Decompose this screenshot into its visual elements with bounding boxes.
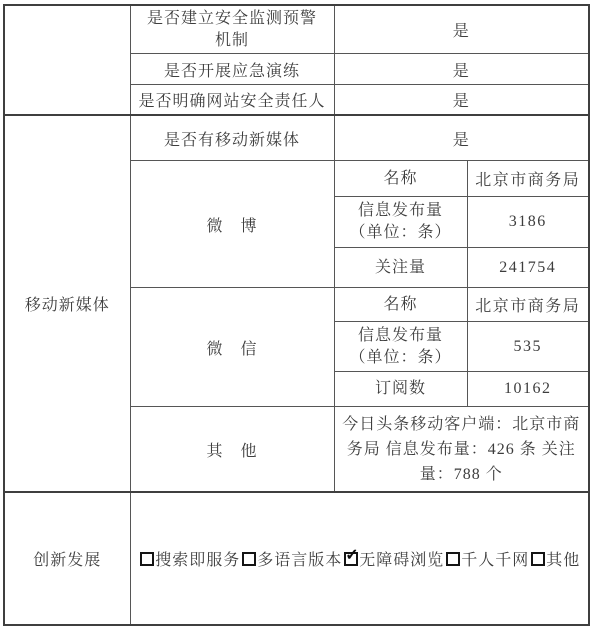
checkbox-accessibility[interactable]: ✓ (344, 552, 358, 566)
weibo-group-label: 微 博 (130, 161, 334, 288)
checkbox-label-multilingual: 多语言版本 (257, 547, 342, 570)
other-media-value: 今日头条移动客户端：北京市商务局 信息发布量：426 条 关注量：788 个 (334, 407, 589, 493)
label-line: （单位：条） (335, 222, 467, 244)
wechat-subscribers-label: 订阅数 (334, 372, 467, 407)
checkbox-personalization[interactable] (446, 552, 460, 566)
weibo-followers-label: 关注量 (334, 248, 467, 288)
checkbox-multilingual[interactable] (242, 552, 256, 566)
label-line: 订阅数 (335, 378, 467, 400)
weibo-name-label: 名称 (334, 161, 467, 197)
label-line: （单位：条） (335, 347, 467, 369)
security-row-label: 是否明确网站安全责任人 (130, 85, 334, 116)
weibo-name-value: 北京市商务局 (467, 161, 589, 197)
innovation-options-line: 搜索即服务多语言版本✓无障碍浏览千人千网其他 (131, 547, 589, 570)
security-row-label: 是否建立安全监测预警机制 (130, 5, 334, 54)
label-line: 名称 (335, 294, 467, 316)
security-row-label: 是否开展应急演练 (130, 54, 334, 85)
security-row-value: 是 (334, 5, 589, 54)
checkbox-label-personalization: 千人千网 (461, 547, 529, 570)
label-line: 名称 (335, 168, 467, 190)
checkbox-other[interactable] (531, 552, 545, 566)
weibo-posts-label: 信息发布量 （单位：条） (334, 197, 467, 248)
wechat-group-label: 微 信 (130, 288, 334, 407)
wechat-posts-label: 信息发布量 （单位：条） (334, 322, 467, 372)
security-row-value: 是 (334, 54, 589, 85)
security-row-label-text: 是否建立安全监测预警机制 (141, 8, 323, 52)
weibo-posts-value: 3186 (467, 197, 589, 248)
weibo-followers-value: 241754 (467, 248, 589, 288)
other-media-value-text: 今日头条移动客户端：北京市商务局 信息发布量：426 条 关注量：788 个 (340, 412, 582, 487)
security-row-value: 是 (334, 85, 589, 116)
label-line: 信息发布量 (335, 200, 467, 222)
category-cell-mobile-media: 移动新媒体 (4, 115, 130, 492)
wechat-name-label: 名称 (334, 288, 467, 322)
has-mobile-label: 是否有移动新媒体 (130, 115, 334, 161)
category-cell-blank (4, 5, 130, 115)
checkbox-label-accessibility: 无障碍浏览 (359, 547, 444, 570)
checkbox-search-as-service[interactable] (140, 552, 154, 566)
has-mobile-value: 是 (334, 115, 589, 161)
annual-report-table: 是否建立安全监测预警机制 是 是否开展应急演练 是 是否明确网站安全责任人 是 … (3, 4, 590, 626)
label-line: 关注量 (335, 257, 467, 279)
checkbox-label-search-as-service: 搜索即服务 (155, 547, 240, 570)
innovation-options-cell: 搜索即服务多语言版本✓无障碍浏览千人千网其他 (130, 492, 589, 625)
checkbox-label-other: 其他 (546, 547, 580, 570)
wechat-name-value: 北京市商务局 (467, 288, 589, 322)
category-cell-innovation: 创新发展 (4, 492, 130, 625)
checkmark-icon: ✓ (345, 548, 358, 564)
wechat-posts-value: 535 (467, 322, 589, 372)
wechat-subscribers-value: 10162 (467, 372, 589, 407)
other-media-label: 其 他 (130, 407, 334, 493)
label-line: 信息发布量 (335, 325, 467, 347)
